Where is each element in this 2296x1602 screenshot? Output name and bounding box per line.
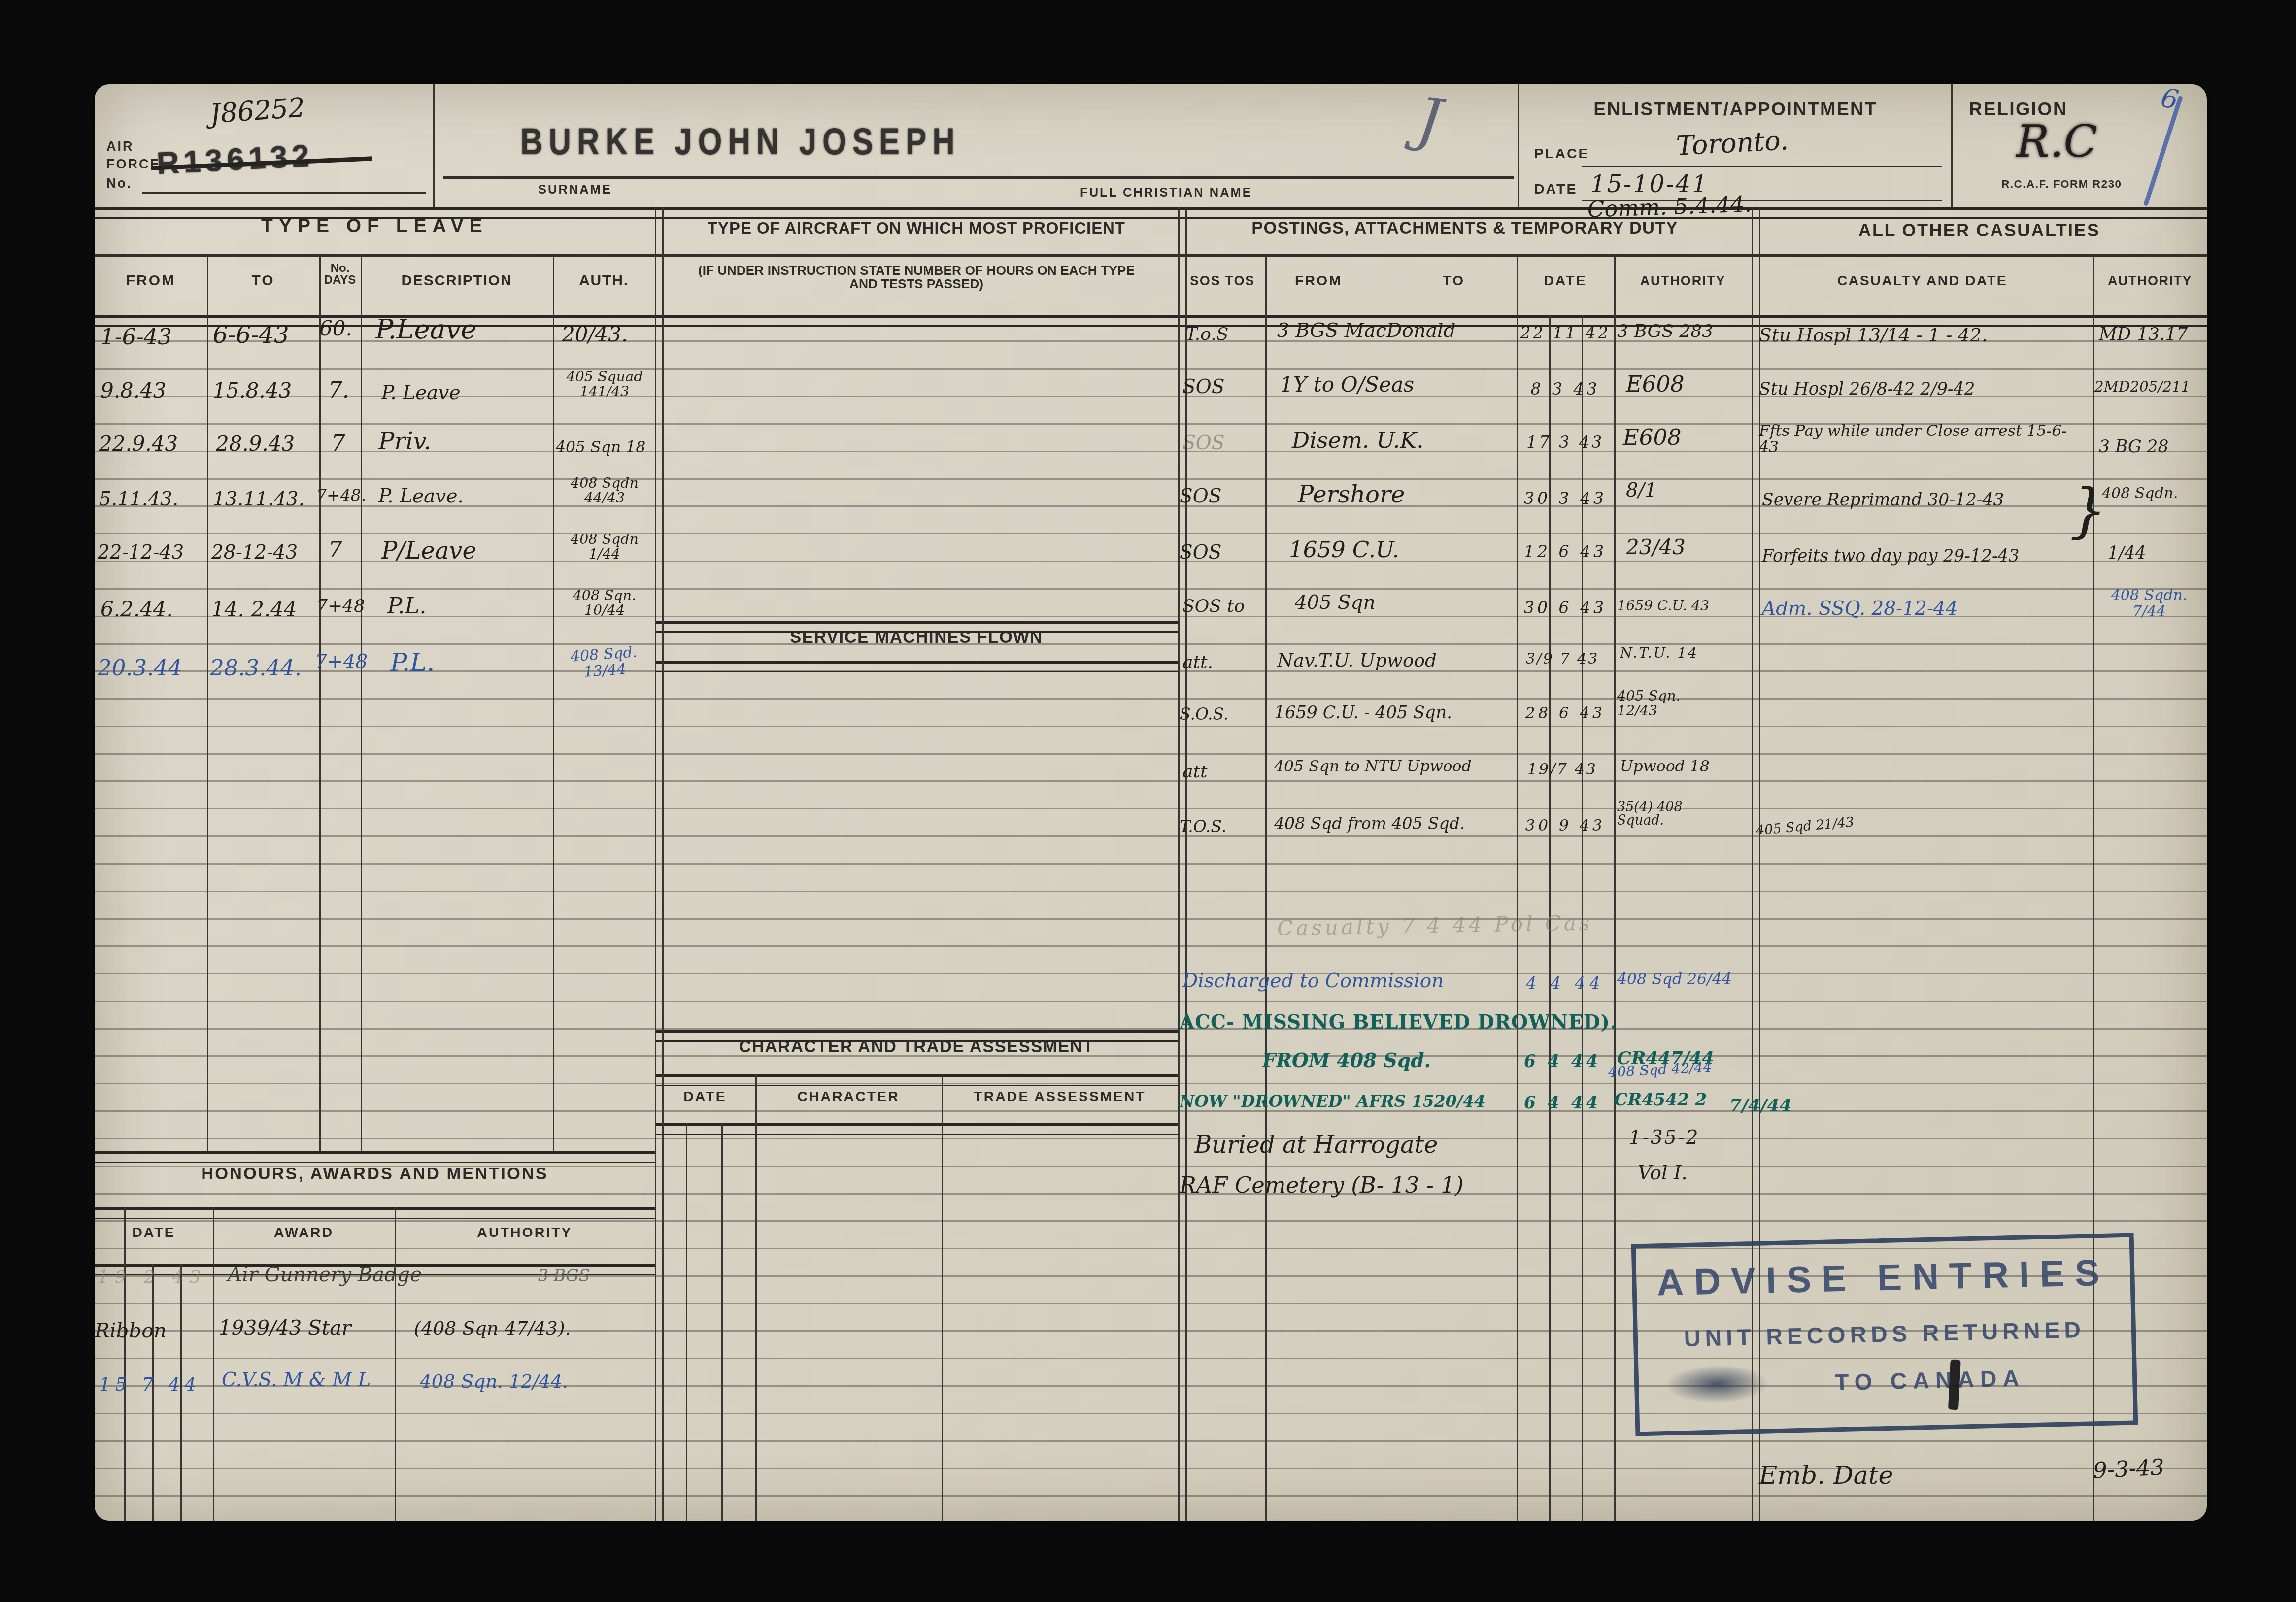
surname-label: SURNAME (494, 182, 656, 197)
leave-row-to: 15.8.43 (213, 380, 292, 403)
record-card: AIR FORCE No. J86252 R136132 BURKE JOHN … (95, 84, 2207, 1521)
service-machines-title: SERVICE MACHINES FLOWN (655, 630, 1178, 647)
casualties-col-casualty: CASUALTY AND DATE (1752, 273, 2093, 290)
leave-row-from: 22.9.43 (99, 433, 178, 457)
honours-col-2 (395, 1207, 397, 1521)
name-stamp: BURKE JOHN JOSEPH (520, 122, 961, 165)
posting-sos-tos: S.O.S. (1180, 705, 1228, 724)
header-div-2 (1518, 84, 1520, 207)
casualties-col-authority: AUTHORITY (2093, 273, 2207, 288)
casualty-authority: MD 13.17 (2099, 324, 2188, 344)
posting-authority: 8/1 (1626, 480, 1657, 502)
leave-row-description: Priv. (378, 427, 431, 455)
leave-row-to: 14. 2.44 (211, 599, 297, 622)
late-entry-date: 4 4 44 (1517, 974, 1614, 993)
posting-from-to: 408 Sqd from 405 Sqd. (1274, 814, 1465, 834)
posting-date: 22 11 42 (1517, 324, 1614, 343)
honours-col-1 (213, 1207, 215, 1521)
leave-row-from: 6.2.44. (101, 599, 173, 622)
posting-date: 19/7 43 (1514, 761, 1611, 779)
posting-date: 28 6 43 (1517, 705, 1614, 723)
smf-bottom-rule (655, 661, 1178, 672)
stamp-line-2: UNIT RECORDS RETURNED (1638, 1317, 2132, 1355)
leave-row-days: 60. (319, 318, 352, 341)
air-force-label-1: AIR (106, 139, 134, 154)
leave-col-description: DESCRIPTION (364, 273, 550, 290)
scan-background: AIR FORCE No. J86252 R136132 BURKE JOHN … (0, 0, 2296, 1602)
posting-sos-tos: att (1182, 761, 1207, 782)
form-number: R.C.A.F. FORM R230 (2001, 177, 2122, 191)
late-entry-text: NOW "DROWNED" AFRS 1520/44 (1180, 1092, 1486, 1111)
posting-date: 17 3 43 (1517, 433, 1614, 452)
casualty-text: Severe Reprimand 30-12-43 (1762, 489, 2004, 510)
leave-row-auth: 408 Sqdn 1/44 (559, 534, 650, 563)
posting-date: 12 6 43 (1517, 542, 1614, 562)
casualty-brace: } (2069, 477, 2107, 545)
ink-blot (1948, 1359, 1961, 1410)
name-underline (443, 176, 1514, 178)
leave-col-auth: AUTH. (556, 273, 652, 290)
leave-row-description: P.Leave (375, 315, 476, 346)
posting-authority: Upwood 18 (1620, 758, 1710, 776)
late-entry-text: Discharged to Commission (1182, 971, 1444, 993)
postings-col-from: FROM (1295, 273, 1342, 290)
leave-row-description: P/Leave (381, 536, 476, 565)
pen-mark: J (1414, 86, 1446, 157)
posting-sos-tos: T.o.S (1185, 324, 1228, 344)
leave-row-from: 5.11.43. (99, 489, 178, 511)
posting-date: 8 3 43 (1517, 380, 1614, 399)
honours-title: HONOURS, AWARDS AND MENTIONS (95, 1166, 655, 1184)
posting-date: 3/9 7 43 (1514, 652, 1611, 668)
service-number-new: J86252 (209, 93, 306, 130)
posting-from-to: 405 Sqn to NTU Upwood (1274, 758, 1472, 776)
leave-row-to: 28.9.43 (216, 433, 295, 457)
late-entry-authority: Vol I. (1638, 1163, 1688, 1185)
cata-col-1 (755, 1074, 757, 1521)
place-label: PLACE (1534, 146, 1589, 163)
leave-col-2 (319, 254, 321, 1151)
leave-row-from: 22-12-43 (98, 542, 184, 565)
late-entry-text: FROM 408 Sqd. (1262, 1051, 1431, 1073)
leave-row-days: 7 (331, 430, 345, 457)
honour-award: C.V.S. M & M L (222, 1370, 371, 1392)
posting-sos-tos: SOS (1182, 433, 1224, 455)
date-label: DATE (1534, 182, 1577, 198)
leave-row-description: P.L. (387, 593, 427, 619)
leave-row-to: 6-6-43 (213, 321, 289, 349)
honour-date: Ribbon (95, 1320, 167, 1343)
posting-from-to: Nav.T.U. Upwood (1277, 649, 1437, 671)
honour-date: 15 7 44 (99, 1373, 201, 1395)
honour-authority: 408 Sqn. 12/44. (420, 1370, 568, 1392)
aircraft-note: (IF UNDER INSTRUCTION STATE NUMBER OF HO… (686, 265, 1147, 292)
casualty-authority: 1/44 (2108, 542, 2146, 563)
emb-date-label: Emb. Date (1759, 1462, 1893, 1491)
leave-row-auth: 20/43. (562, 324, 628, 347)
posting-authority: 3 BGS 283 (1617, 321, 1713, 341)
honours-col-award: AWARD (213, 1225, 395, 1241)
cata-date-sub1 (686, 1123, 688, 1521)
late-entry-authority: CR4542 2 (1614, 1089, 1707, 1110)
assessment-title: CHARACTER AND TRADE ASSESSMENT (655, 1039, 1178, 1057)
religion-value: R.C (2016, 117, 2097, 168)
casualty-text: Stu Hospl 26/8-42 2/9-42 (1759, 378, 1975, 399)
assessment-col-date: DATE (655, 1089, 755, 1105)
posting-sos-tos: SOS (1182, 377, 1224, 399)
assessment-col-trade: TRADE ASSESSMENT (942, 1089, 1178, 1105)
late-entry-authority: 1-35-2 (1629, 1128, 1700, 1150)
leave-title: TYPE OF LEAVE (95, 214, 655, 236)
casualty-authority: 408 Sqdn. 7/44 (2096, 590, 2202, 621)
late-entry-text: RAF Cemetery (B- 13 - 1) (1180, 1172, 1463, 1199)
leave-row-auth: 405 Sqn 18 (556, 439, 645, 457)
postings-col-1 (1265, 254, 1267, 1521)
posting-authority: E608 (1626, 371, 1685, 398)
cata-col-2 (942, 1074, 944, 1521)
casualties-title: ALL OTHER CASUALTIES (1752, 220, 2207, 241)
leave-col-1 (207, 254, 209, 1151)
leave-row-auth: 408 Sqn. 10/44 (559, 590, 650, 619)
honours-title-rule (95, 1207, 655, 1219)
leave-row-days: 7+48 (316, 596, 365, 616)
posting-authority: 35(4) 408 Squad. (1617, 802, 1723, 831)
posting-authority: 1659 C.U. 43 (1617, 599, 1709, 615)
honours-col-date: DATE (95, 1225, 213, 1241)
posting-from-to: 3 BGS MacDonald (1277, 321, 1455, 343)
posting-sos-tos: SOS to (1182, 596, 1245, 616)
posting-from-to: 1Y to O/Seas (1280, 374, 1414, 398)
honour-award: Air Gunnery Badge (228, 1264, 422, 1287)
postings-col-3 (1614, 254, 1616, 1521)
leave-row-days: 7. (328, 377, 349, 403)
leave-row-days: 7+48. (316, 486, 366, 505)
leave-row-from: 9.8.43 (101, 380, 167, 403)
leave-row-from: 20.3.44 (98, 655, 182, 681)
leave-row-to: 28-12-43 (211, 542, 298, 565)
leave-row-from: 1-6-43 (101, 324, 172, 350)
casualty-text: Adm. SSQ. 28-12-44 (1762, 599, 1958, 621)
leave-col-3 (361, 254, 363, 1151)
late-entry-text: ACC- MISSING BELIEVED DROWNED). (1180, 1012, 1617, 1035)
postings-col-sostos: SOS TOS (1178, 273, 1267, 288)
posting-authority: 405 Sqn. 12/43 (1617, 690, 1721, 720)
leave-row-to: 13.11.43. (213, 489, 304, 511)
late-entry-authority: 408 Sqd 26/44 (1617, 971, 1732, 989)
header-div-1 (433, 84, 435, 207)
casualty-authority: 408 Sqdn. (2102, 486, 2178, 502)
cata-header-rule (655, 1123, 1178, 1135)
honours-strip (124, 1207, 126, 1521)
air-force-underline (142, 192, 426, 194)
leave-row-description: P. Leave (381, 383, 461, 405)
posting-sos-tos: SOS (1180, 486, 1221, 508)
header-div-3 (1951, 84, 1953, 207)
posting-authority: N.T.U. 14 (1620, 646, 1698, 662)
honour-date: 19 2 43 (98, 1267, 206, 1287)
leave-mid-divider (655, 207, 664, 1521)
leave-col-days: No. DAYS (318, 263, 362, 288)
leave-row-auth: 405 Squad 141/43 (559, 371, 650, 400)
enlistment-title: ENLISTMENT/APPOINTMENT (1528, 99, 1942, 120)
stamp-line-1: ADVISE ENTRIES (1636, 1252, 2131, 1306)
leave-row-auth: 408 Sqdn 44/43 (559, 477, 650, 507)
casualty-text: Ffts Pay while under Close arrest 15-6-4… (1759, 424, 2084, 457)
honour-authority: (408 Sqn 47/43). (414, 1317, 571, 1339)
postings-title: POSTINGS, ATTACHMENTS & TEMPORARY DUTY (1178, 220, 1752, 238)
leave-row-to: 28.3.44. (210, 655, 302, 681)
posting-sos-tos: SOS (1180, 542, 1221, 565)
place-underline (1582, 166, 1942, 167)
posting-date: 30 9 43 (1517, 817, 1614, 835)
cata-bottom-rule (655, 1074, 1178, 1086)
late-entry-text: Buried at Harrogate (1194, 1131, 1438, 1159)
air-force-label-3: No. (106, 176, 133, 191)
posting-sos-tos: T.O.S. (1180, 817, 1226, 836)
honour-award: 1939/43 Star (219, 1317, 351, 1340)
postings-col-authority: AUTHORITY (1614, 273, 1752, 288)
assessment-col-character: CHARACTER (755, 1089, 942, 1105)
posting-from-to: 1659 C.U. - 405 Sqn. (1274, 702, 1452, 723)
christian-name-label: FULL CHRISTIAN NAME (1041, 185, 1292, 200)
late-entry-date: 6 4 44 (1514, 1051, 1611, 1071)
postings-col-to: TO (1443, 273, 1465, 290)
aircraft-title: TYPE OF AIRCRAFT ON WHICH MOST PROFICIEN… (661, 220, 1172, 238)
late-entry-date-note: 7/4/44 (1729, 1095, 1792, 1116)
posting-from-to: 1659 C.U. (1289, 536, 1399, 563)
advise-entries-stamp: ADVISE ENTRIES UNIT RECORDS RETURNED TO … (1631, 1233, 2138, 1436)
posting-from-to: Pershore (1298, 480, 1405, 508)
honour-authority: 3 BGS (538, 1267, 590, 1286)
leave-col-from: FROM (101, 273, 201, 290)
honours-col-authority: AUTHORITY (395, 1225, 655, 1241)
posting-date: 30 6 43 (1517, 599, 1614, 618)
leave-row-days: 7 (328, 536, 342, 563)
emb-date-value: 9-3-43 (2093, 1454, 2165, 1484)
leave-row-description: P. Leave. (378, 486, 464, 508)
posting-date: 30 3 43 (1517, 489, 1614, 508)
leave-row-days: 7+48 (315, 652, 368, 674)
postings-col-date: DATE (1517, 273, 1614, 290)
posting-from-to: 405 Sqn (1295, 593, 1376, 615)
stamp-smudge (1665, 1364, 1769, 1404)
mid-postings-divider (1178, 207, 1187, 1521)
casualty-authority: 2MD205/211 (2094, 380, 2190, 396)
posting-authority: E608 (1623, 424, 1682, 451)
posting-sos-tos: att. (1182, 652, 1213, 672)
leave-col-to: TO (213, 273, 313, 290)
leave-row-auth: 408 Sqd. 13/44 (556, 645, 653, 683)
posting-authority: 23/43 (1626, 536, 1686, 560)
casualty-text: Forfeits two day pay 29-12-43 (1762, 545, 2019, 566)
posting-from-to: Disem. U.K. (1292, 427, 1424, 454)
honours-top-rule (95, 1151, 655, 1163)
casualty-authority: 3 BG 28 (2099, 436, 2168, 457)
leave-col-4 (553, 254, 555, 1151)
cata-date-sub2 (721, 1123, 723, 1521)
place-value: Toronto. (1676, 126, 1790, 163)
casualty-text: Stu Hospl 13/14 - 1 - 42. (1759, 324, 1988, 346)
leave-row-description: P.L. (390, 649, 435, 678)
titles-bottom-rule (95, 254, 2207, 257)
late-entry-date: 6 4 44 (1514, 1092, 1611, 1113)
